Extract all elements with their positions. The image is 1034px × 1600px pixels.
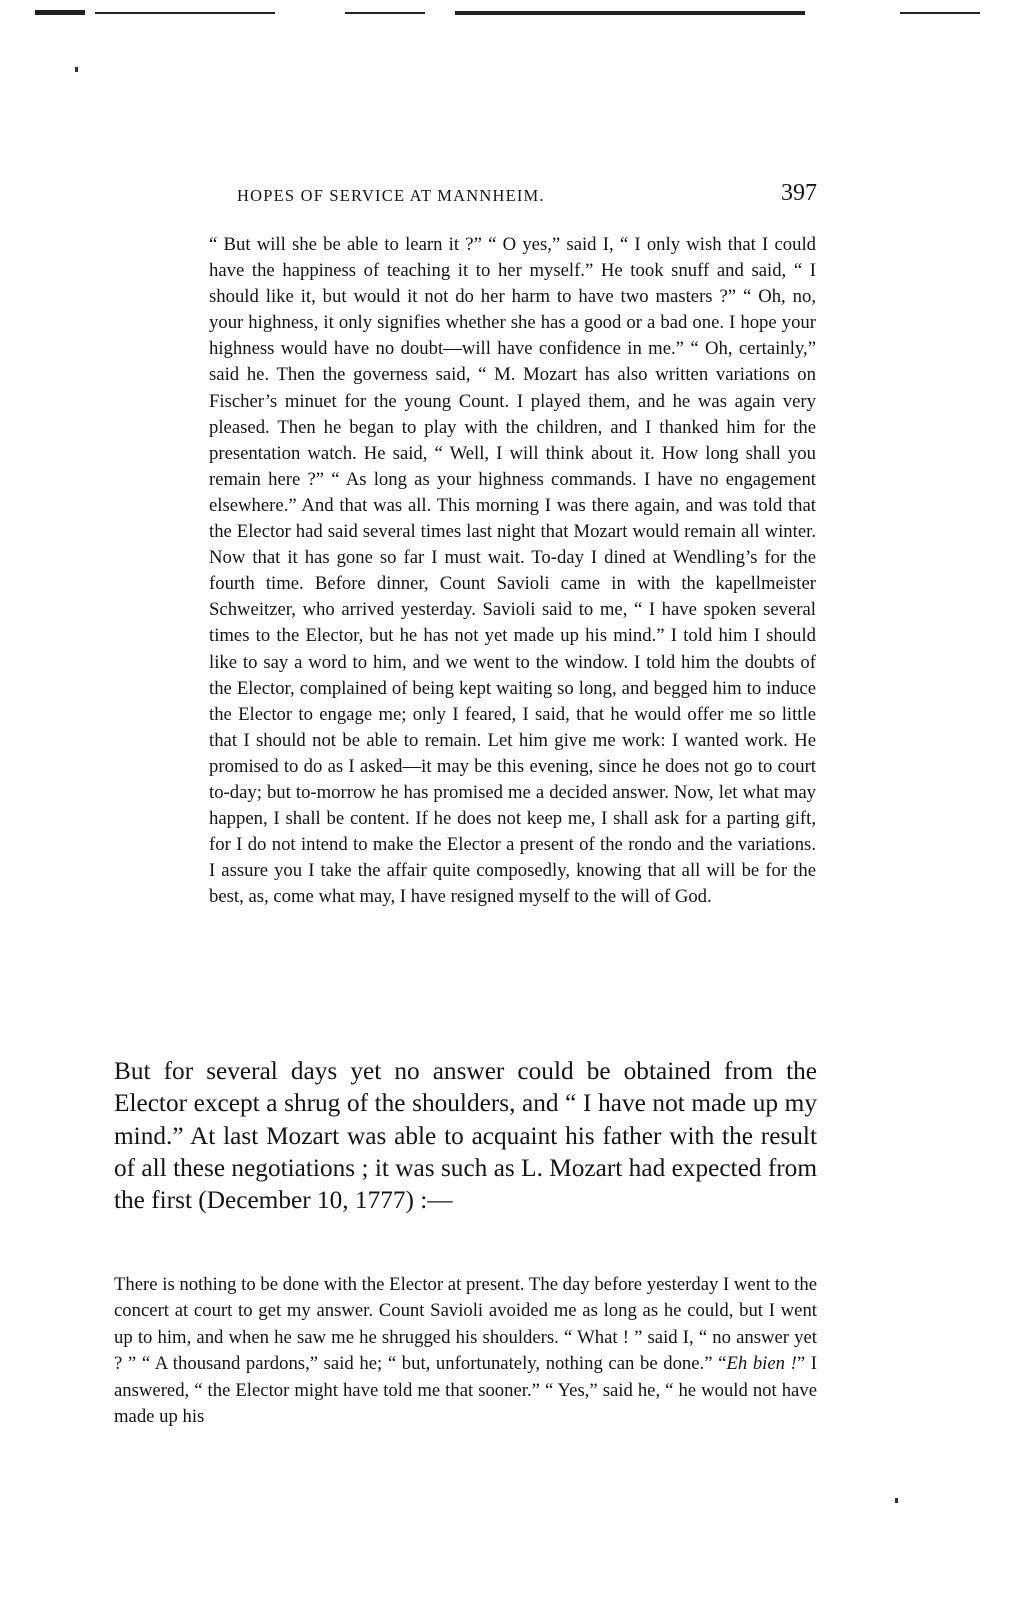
letter-excerpt-1: “ But will she be able to learn it ?” “ … — [209, 232, 816, 910]
scan-mark — [900, 12, 980, 14]
letter-excerpt-2: There is nothing to be done with the Ele… — [114, 1272, 817, 1430]
page-number: 397 — [781, 180, 817, 207]
letter-2-text-start: There is nothing to be done with the Ele… — [114, 1274, 817, 1374]
scan-artifact-top-edge — [0, 0, 1034, 30]
running-head: HOPES OF SERVICE AT MANNHEIM. — [237, 186, 545, 206]
letter-excerpt-2-text: There is nothing to be done with the Ele… — [114, 1272, 817, 1430]
scan-mark — [95, 12, 275, 14]
letter-excerpt-1-text: “ But will she be able to learn it ?” “ … — [209, 232, 816, 910]
scan-speck — [895, 1498, 898, 1503]
narrative-text: But for several days yet no answer could… — [114, 1055, 817, 1216]
letter-2-italic-phrase: Eh bien ! — [726, 1353, 796, 1374]
scan-mark — [345, 12, 425, 14]
scan-mark — [455, 11, 805, 15]
narrative-paragraph: But for several days yet no answer could… — [114, 1055, 817, 1216]
scan-mark — [35, 10, 85, 15]
page-header: HOPES OF SERVICE AT MANNHEIM. 397 — [237, 180, 817, 210]
scan-speck — [75, 67, 78, 72]
